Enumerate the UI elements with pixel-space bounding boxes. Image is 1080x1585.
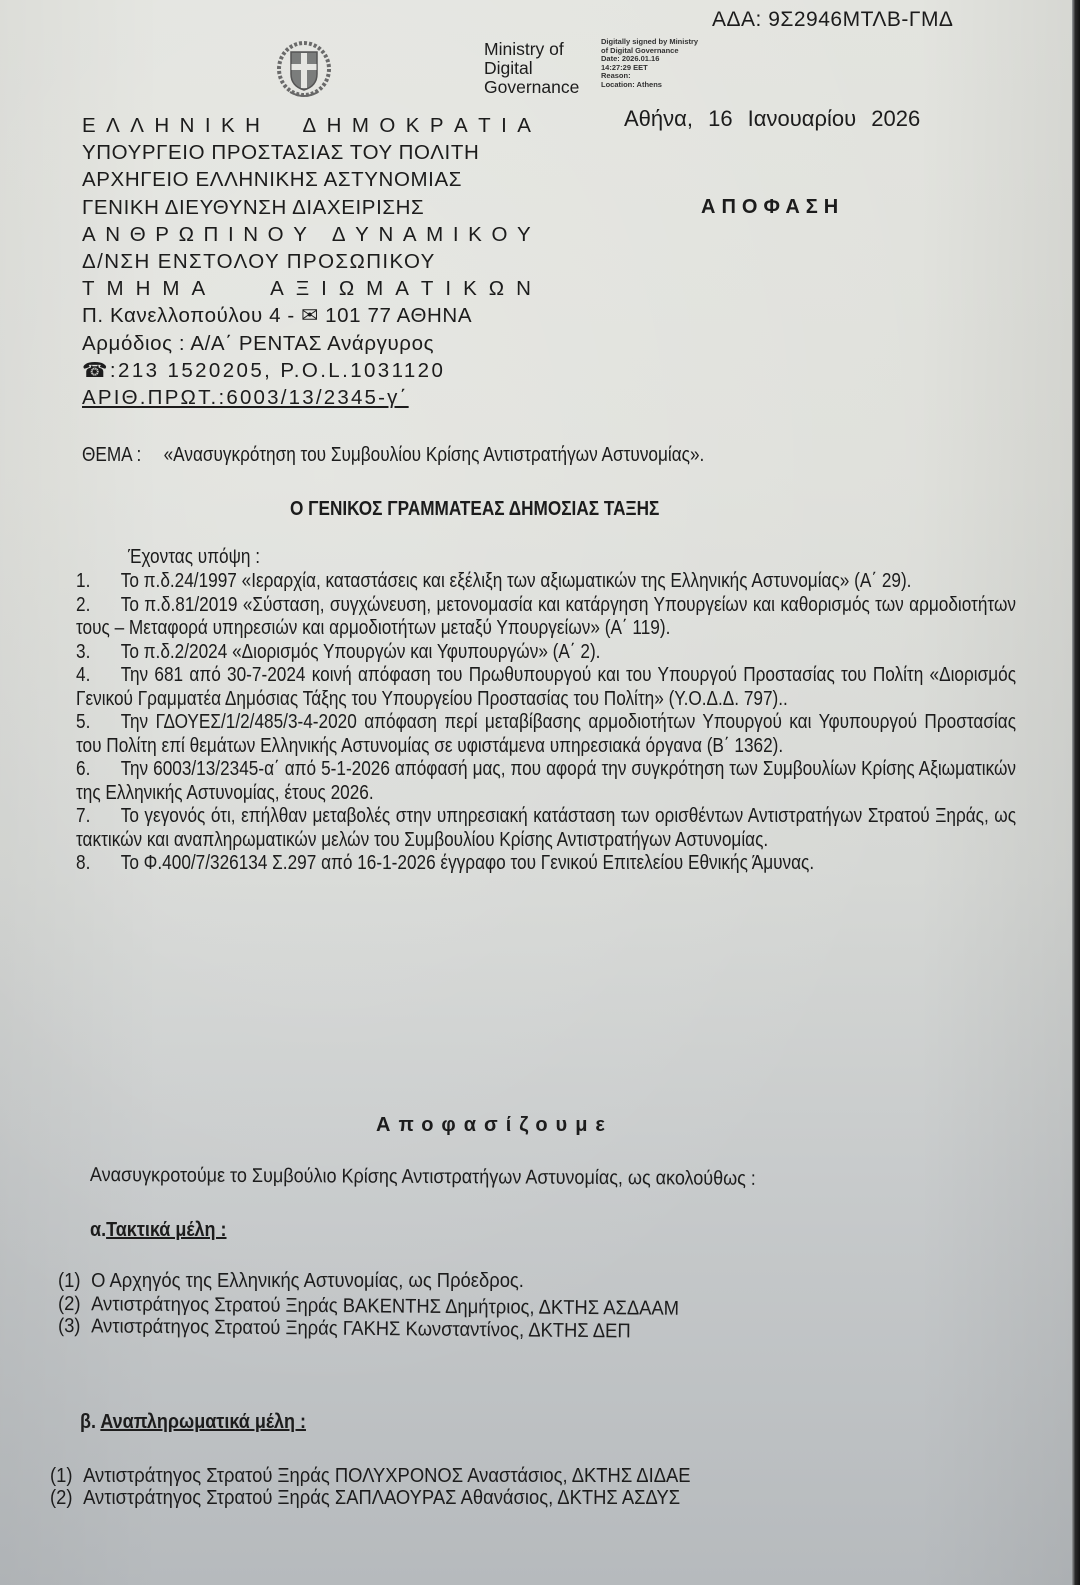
- consideration-item: 6.Την 6003/13/2345-α΄ από 5-1-2026 απόφα…: [76, 758, 1016, 805]
- member-text: Αντιστράτηγος Στρατού Ξηράς ΠΟΛΥΧΡΟΝΟΣ Α…: [83, 1465, 690, 1487]
- ministry-signature-name: Ministry of Digital Governance: [484, 40, 579, 97]
- consideration-item: 7.Το γεγονός ότι, επήλθαν μεταβολές στην…: [76, 805, 1016, 852]
- member-text: Αντιστράτηγος Στρατού Ξηράς ΓΑΚΗΣ Κωνστα…: [91, 1315, 631, 1342]
- page-edge-shadow: [1072, 0, 1080, 1585]
- issuer-phone: ☎:213 1520205, P.O.L.1031120: [82, 357, 531, 384]
- regular-members-list: (1)Ο Αρχηγός της Ελληνικής Αστυνομίας, ω…: [58, 1270, 679, 1337]
- member-item: (3)Αντιστράτηγος Στρατού Ξηράς ΓΑΚΗΣ Κων…: [58, 1315, 679, 1343]
- protocol-number: ΑΡΙΘ.ΠΡΩΤ.:6003/13/2345-γ΄: [82, 384, 531, 411]
- consideration-text: Το π.δ.81/2019 «Σύσταση, συγχώνευση, μετ…: [76, 594, 1016, 640]
- issuer-line-personnel: Δ/ΝΣΗ ΕΝΣΤΟΛΟΥ ΠΡΟΣΩΠΙΚΟΥ: [82, 248, 531, 275]
- member-item: (1)Ο Αρχηγός της Ελληνικής Αστυνομίας, ω…: [58, 1270, 679, 1292]
- member-number: (2): [50, 1487, 83, 1509]
- alternate-members-list: (1)Αντιστράτηγος Στρατού Ξηράς ΠΟΛΥΧΡΟΝΟ…: [50, 1465, 691, 1509]
- consideration-text: Το Φ.400/7/326134 Σ.297 από 16-1-2026 έγ…: [121, 852, 814, 874]
- ada-code: ΑΔΑ: 9Σ2946ΜΤΛΒ-ΓΜΔ: [712, 8, 953, 32]
- consideration-number: 3.: [76, 641, 121, 665]
- consideration-item: 3.Το π.δ.2/2024 «Διορισμός Υπουργών και …: [76, 641, 1016, 665]
- regular-members-heading: α.Τακτικά μέλη :: [90, 1219, 227, 1242]
- subject-label: ΘΕΜΑ :: [82, 444, 141, 466]
- issuer-line-human-resources: ΑΝΘΡΩΠΙΝΟΥ ΔΥΝΑΜΙΚΟΥ: [82, 221, 531, 248]
- consideration-number: 1.: [76, 570, 121, 594]
- member-number: (1): [58, 1270, 91, 1292]
- consideration-item: 4.Την 681 από 30-7-2024 κοινή απόφαση το…: [76, 664, 1016, 711]
- decide-heading: Αποφασίζουμε: [376, 1114, 613, 1137]
- consideration-text: Την ΓΔΟΥΕΣ/1/2/485/3-4-2020 απόφαση περί…: [76, 711, 1016, 757]
- subject-line: ΘΕΜΑ :«Ανασυγκρότηση του Συμβουλίου Κρίσ…: [82, 444, 704, 467]
- issuer-line-ministry: ΥΠΟΥΡΓΕΙΟ ΠΡΟΣΤΑΣΙΑΣ ΤΟΥ ΠΟΛΙΤΗ: [82, 139, 531, 166]
- consideration-text: Την 681 από 30-7-2024 κοινή απόφαση του …: [76, 664, 1016, 710]
- issuer-title: Ο ΓΕΝΙΚΟΣ ΓΡΑΜΜΑΤΕΑΣ ΔΗΜΟΣΙΑΣ ΤΑΞΗΣ: [290, 498, 659, 521]
- member-number: (3): [58, 1315, 91, 1337]
- consideration-text: Το π.δ.24/1997 «Ιεραρχία, καταστάσεις κα…: [121, 570, 912, 592]
- consideration-item: 2.Το π.δ.81/2019 «Σύσταση, συγχώνευση, μ…: [76, 594, 1016, 641]
- consideration-number: 8.: [76, 852, 121, 876]
- consideration-number: 5.: [76, 711, 121, 735]
- consideration-item: 8.Το Φ.400/7/326134 Σ.297 από 16-1-2026 …: [76, 852, 1016, 876]
- issuer-line-headquarters: ΑΡΧΗΓΕΙΟ ΕΛΛΗΝΙΚΗΣ ΑΣΤΥΝΟΜΙΑΣ: [82, 166, 531, 193]
- member-number: (1): [50, 1465, 83, 1487]
- document-type: ΑΠΟΦΑΣΗ: [701, 196, 844, 219]
- document-date: Αθήνα, 16 Ιανουαρίου 2026: [624, 106, 920, 132]
- member-text: Ο Αρχηγός της Ελληνικής Αστυνομίας, ως Π…: [91, 1270, 524, 1292]
- considering-heading: Έχοντας υπόψη :: [128, 546, 260, 569]
- member-text: Αντιστράτηγος Στρατού Ξηράς ΣΑΠΛΑΟΥΡΑΣ Α…: [83, 1487, 680, 1509]
- subject-text: «Ανασυγκρότηση του Συμβουλίου Κρίσης Αντ…: [164, 444, 705, 466]
- consideration-number: 4.: [76, 664, 121, 688]
- consideration-number: 7.: [76, 805, 121, 829]
- issuer-block: ΕΛΛΗΝΙΚΗ ΔΗΜΟΚΡΑΤΙΑ ΥΠΟΥΡΓΕΙΟ ΠΡΟΣΤΑΣΙΑΣ…: [82, 112, 531, 411]
- issuer-address: Π. Κανελλοπούλου 4 - ✉ 101 77 ΑΘΗΝΑ: [82, 302, 531, 329]
- consideration-text: Το π.δ.2/2024 «Διορισμός Υπουργών και Υφ…: [121, 641, 601, 663]
- consideration-item: 5.Την ΓΔΟΥΕΣ/1/2/485/3-4-2020 απόφαση πε…: [76, 711, 1016, 758]
- member-number: (2): [58, 1293, 91, 1315]
- issuer-line-department: ΤΜΗΜΑ ΑΞΙΩΜΑΤΙΚΩΝ: [82, 275, 531, 302]
- consideration-item: 1.Το π.δ.24/1997 «Ιεραρχία, καταστάσεις …: [76, 570, 1016, 594]
- considerations-list: 1.Το π.δ.24/1997 «Ιεραρχία, καταστάσεις …: [76, 570, 1016, 876]
- issuer-line-directorate: ΓΕΝΙΚΗ ΔΙΕΥΘΥΝΣΗ ΔΙΑΧΕΙΡΙΣΗΣ: [82, 194, 531, 221]
- member-item: (2)Αντιστράτηγος Στρατού Ξηράς ΣΑΠΛΑΟΥΡΑ…: [50, 1487, 691, 1509]
- recompose-statement: Ανασυγκροτούμε το Συμβούλιο Κρίσης Αντισ…: [90, 1164, 756, 1191]
- member-item: (1)Αντιστράτηγος Στρατού Ξηράς ΠΟΛΥΧΡΟΝΟ…: [50, 1465, 691, 1487]
- issuer-responsible: Αρμόδιος : Α/Α΄ ΡΕΝΤΑΣ Ανάργυρος: [82, 330, 531, 357]
- issuer-line-republic: ΕΛΛΗΝΙΚΗ ΔΗΜΟΚΡΑΤΙΑ: [82, 112, 531, 139]
- digital-signature-details: Digitally signed by Ministry of Digital …: [601, 38, 698, 90]
- consideration-number: 2.: [76, 594, 121, 618]
- consideration-number: 6.: [76, 758, 121, 782]
- greek-coat-of-arms-icon: [276, 40, 332, 102]
- alternate-members-heading: β. Αναπληρωματικά μέλη :: [80, 1411, 306, 1434]
- consideration-text: Την 6003/13/2345-α΄ από 5-1-2026 απόφασή…: [76, 758, 1016, 804]
- consideration-text: Το γεγονός ότι, επήλθαν μεταβολές στην υ…: [76, 805, 1016, 851]
